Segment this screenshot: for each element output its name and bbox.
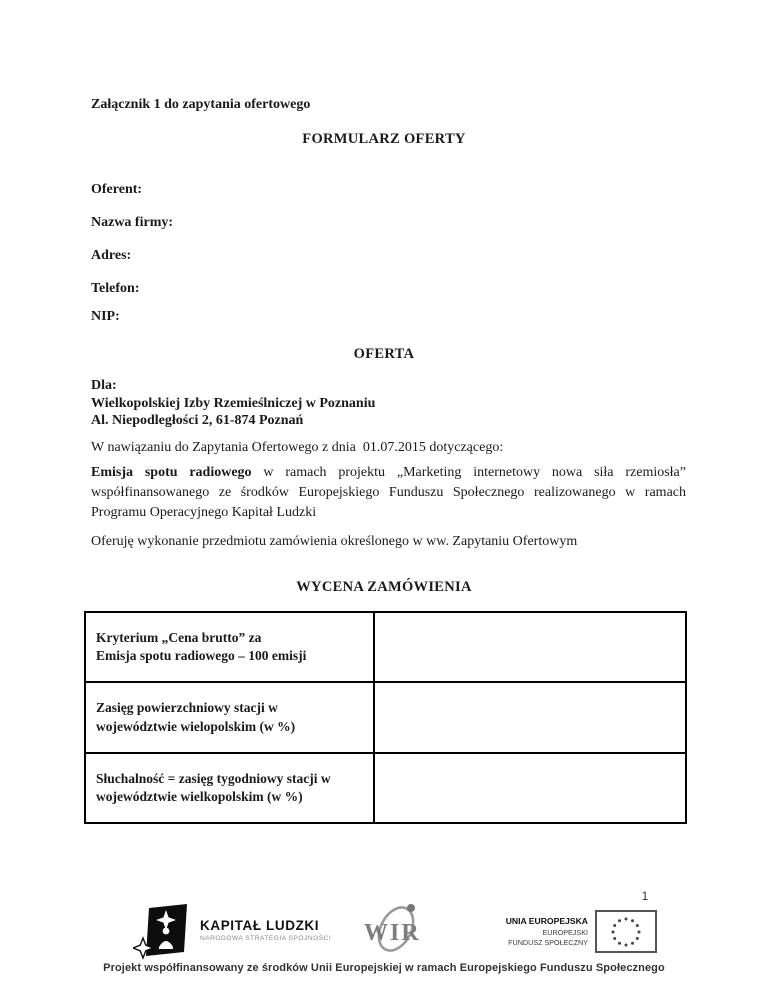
eu-flag-icon (595, 910, 657, 953)
recipient-intro: Dla: (91, 377, 375, 395)
page-number: 1 (610, 889, 680, 903)
field-label-oferent: Oferent: (91, 182, 142, 198)
value-cell (374, 753, 686, 823)
criterion-cell: Kryterium „Cena brutto” za Emisja spotu … (85, 612, 374, 682)
offer-statement: Oferuję wykonanie przedmiotu zamówienia … (91, 534, 577, 550)
criterion-line: Zasięg powierzchniowy stacji w (96, 699, 363, 718)
criterion-line: województwie wielkopolskim (w %) (96, 788, 363, 807)
eu-line1: UNIA EUROPEJSKA (470, 916, 588, 926)
criterion-cell: Słuchalność = zasięg tygodniowy stacji w… (85, 753, 374, 823)
wir-logo-icon: WIR (360, 896, 426, 967)
value-cell (374, 682, 686, 753)
attachment-label: Załącznik 1 do zapytania ofertowego (91, 97, 310, 113)
kapital-ludzki-logo-icon (133, 901, 195, 966)
criterion-line: województwie wielopolskim (w %) (96, 718, 363, 737)
kapital-ludzki-title: KAPITAŁ LUDZKI (200, 918, 331, 933)
criterion-line: Słuchalność = zasięg tygodniowy stacji w (96, 770, 363, 789)
pricing-table: Kryterium „Cena brutto” za Emisja spotu … (84, 611, 687, 824)
subject-bold: Emisja spotu radiowego (91, 465, 252, 480)
kapital-ludzki-subtitle: NARODOWA STRATEGIA SPÓJNOŚCI (200, 935, 331, 942)
value-cell (374, 612, 686, 682)
eu-logo-text: UNIA EUROPEJSKA EUROPEJSKI FUNDUSZ SPOŁE… (470, 916, 588, 947)
recipient-block: Dla: Wielkopolskiej Izby Rzemieślniczej … (91, 377, 375, 430)
eu-line2: EUROPEJSKI (470, 928, 588, 937)
eu-line3: FUNDUSZ SPOŁECZNY (470, 938, 588, 947)
pricing-title: WYCENA ZAMÓWIENIA (0, 579, 768, 596)
form-title: FORMULARZ OFERTY (0, 131, 768, 148)
recipient-address: Al. Niepodległości 2, 61-874 Poznań (91, 412, 375, 430)
footer-cofinancing-text: Projekt współfinansowany ze środków Unii… (0, 962, 768, 974)
field-label-nip: NIP: (91, 309, 120, 325)
wir-logo-text: WIR (364, 920, 421, 946)
offer-title: OFERTA (0, 346, 768, 363)
field-label-nazwa-firmy: Nazwa firmy: (91, 215, 173, 231)
field-label-adres: Adres: (91, 248, 131, 264)
criterion-cell: Zasięg powierzchniowy stacji w województ… (85, 682, 374, 753)
criterion-line: Kryterium „Cena brutto” za (96, 629, 363, 648)
field-label-telefon: Telefon: (91, 281, 139, 297)
recipient-name: Wielkopolskiej Izby Rzemieślniczej w Poz… (91, 395, 375, 413)
subject-paragraph: Emisja spotu radiowego w ramach projektu… (91, 463, 686, 523)
criterion-line: Emisja spotu radiowego – 100 emisji (96, 647, 363, 666)
document-page: Załącznik 1 do zapytania ofertowego FORM… (0, 0, 768, 994)
table-row: Słuchalność = zasięg tygodniowy stacji w… (85, 753, 686, 823)
kapital-ludzki-logo-text: KAPITAŁ LUDZKI NARODOWA STRATEGIA SPÓJNO… (200, 918, 331, 942)
table-row: Kryterium „Cena brutto” za Emisja spotu … (85, 612, 686, 682)
reference-line: W nawiązaniu do Zapytania Ofertowego z d… (91, 440, 503, 456)
table-row: Zasięg powierzchniowy stacji w województ… (85, 682, 686, 753)
